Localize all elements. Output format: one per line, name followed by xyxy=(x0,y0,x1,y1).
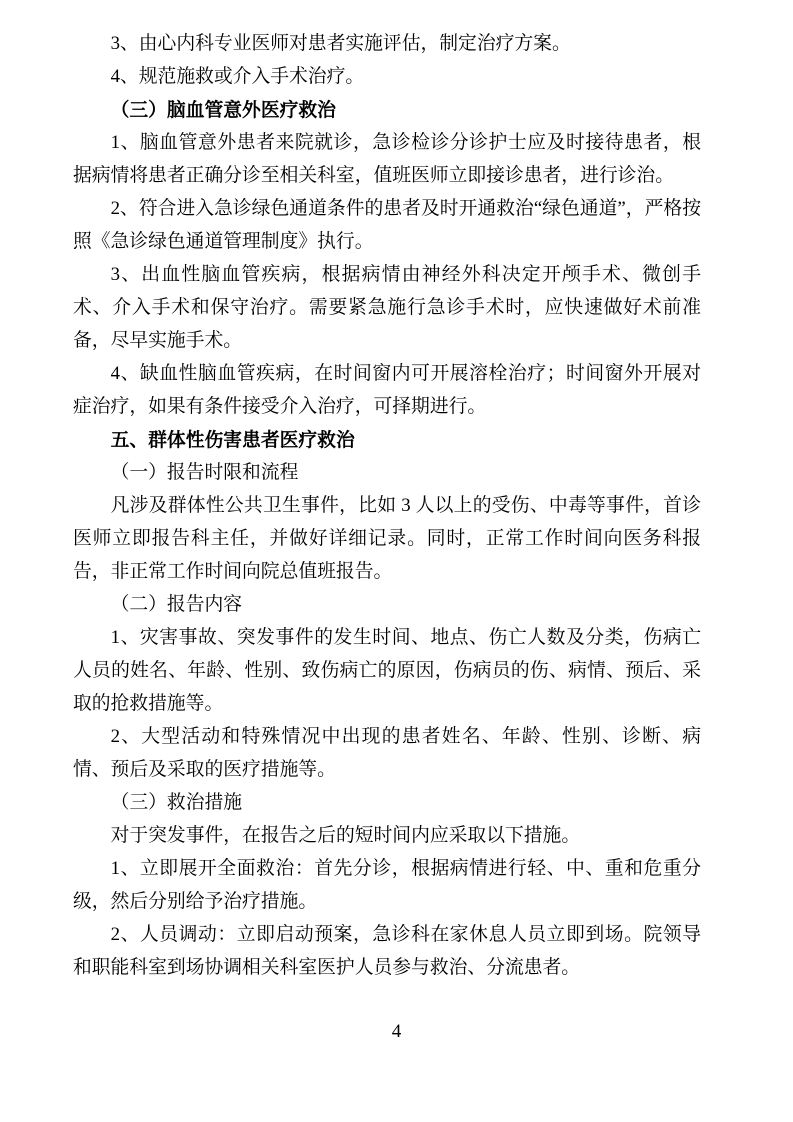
paragraph: 4、缺血性脑血管疾病，在时间窗内可开展溶栓治疗；时间窗外开展对症治疗，如果有条件… xyxy=(73,357,701,423)
paragraph: 凡涉及群体性公共卫生事件，比如 3 人以上的受伤、中毒等事件，首诊医师立即报告科… xyxy=(73,489,701,588)
paragraph: 3、由心内科专业医师对患者实施评估，制定治疗方案。 xyxy=(73,27,701,60)
page-number: 4 xyxy=(0,1020,793,1044)
paragraph: 1、脑血管意外患者来院就诊，急诊检诊分诊护士应及时接待患者，根据病情将患者正确分… xyxy=(73,126,701,192)
paragraph: 1、灾害事故、突发事件的发生时间、地点、伤亡人数及分类，伤病亡人员的姓名、年龄、… xyxy=(73,621,701,720)
section-heading: （三）脑血管意外医疗救治 xyxy=(73,93,701,126)
document-body: 3、由心内科专业医师对患者实施评估，制定治疗方案。4、规范施救或介入手术治疗。（… xyxy=(73,27,701,984)
paragraph: （三）救治措施 xyxy=(73,786,701,819)
paragraph: 1、立即展开全面救治：首先分诊，根据病情进行轻、中、重和危重分级，然后分别给予治… xyxy=(73,852,701,918)
paragraph: （一）报告时限和流程 xyxy=(73,456,701,489)
paragraph: 对于突发事件，在报告之后的短时间内应采取以下措施。 xyxy=(73,819,701,852)
paragraph: 2、人员调动：立即启动预案，急诊科在家休息人员立即到场。院领导和职能科室到场协调… xyxy=(73,918,701,984)
paragraph: 3、出血性脑血管疾病，根据病情由神经外科决定开颅手术、微创手术、介入手术和保守治… xyxy=(73,258,701,357)
paragraph: （二）报告内容 xyxy=(73,588,701,621)
paragraph: 2、符合进入急诊绿色通道条件的患者及时开通救治“绿色通道”，严格按照《急诊绿色通… xyxy=(73,192,701,258)
section-heading: 五、群体性伤害患者医疗救治 xyxy=(73,423,701,456)
document-page: 3、由心内科专业医师对患者实施评估，制定治疗方案。4、规范施救或介入手术治疗。（… xyxy=(0,0,793,1122)
paragraph: 2、大型活动和特殊情况中出现的患者姓名、年龄、性别、诊断、病情、预后及采取的医疗… xyxy=(73,720,701,786)
paragraph: 4、规范施救或介入手术治疗。 xyxy=(73,60,701,93)
